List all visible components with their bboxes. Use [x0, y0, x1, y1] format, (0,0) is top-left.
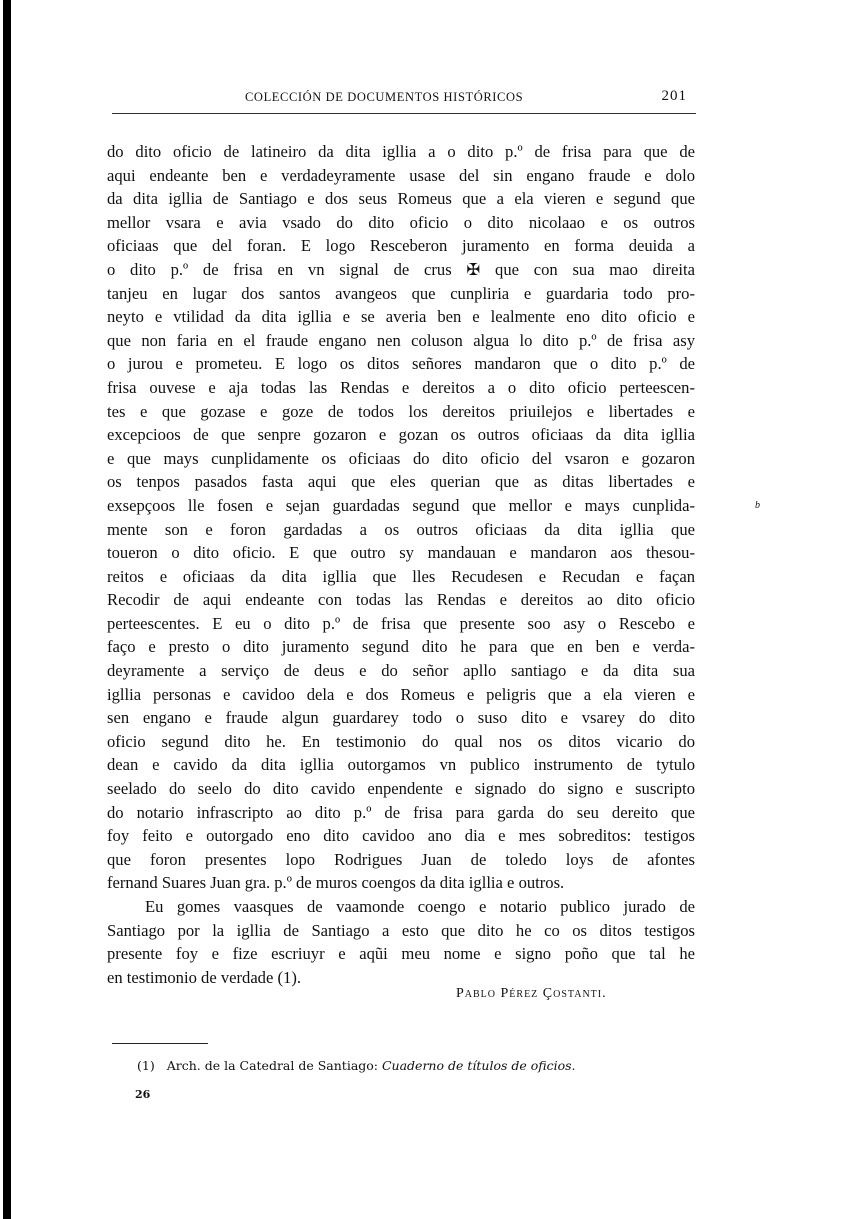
body-text: do dito oficio de latineiro da dita igll… [107, 140, 695, 989]
text-line: excepcioos de que senpre gozaron e gozan… [107, 423, 695, 447]
footnote-mark: (1) [137, 1058, 155, 1073]
scan-left-edge-band [3, 0, 11, 1219]
text-line: frisa ouvese e aja todas las Rendas e de… [107, 376, 695, 400]
text-line: e que mays cunplidamente os oficiaas do … [107, 447, 695, 471]
running-title: Colección de documentos históricos [245, 90, 523, 105]
text-line: perteescentes. E eu o dito p.º de frisa … [107, 612, 695, 636]
text-line: exsepçoos lle fosen e sejan guardadas se… [107, 494, 695, 518]
text-line: Recodir de aqui endeante con todas las R… [107, 588, 695, 612]
footnote-rule [112, 1043, 208, 1044]
footnote-title: Cuaderno de títulos de oficios. [382, 1058, 576, 1073]
text-line: Santiago por la igllia de Santiago a est… [107, 919, 695, 943]
text-line: tes e que gozase e goze de todos los der… [107, 400, 695, 424]
text-line: tanjeu en lugar dos santos avangeos que … [107, 282, 695, 306]
text-line: os tenpos pasados fasta aqui que eles qu… [107, 470, 695, 494]
text-line: aqui endeante ben e verdadeyramente usas… [107, 164, 695, 188]
text-line: que foron presentes lopo Rodrigues Juan … [107, 848, 695, 872]
text-line: en testimonio de verdade (1). [107, 966, 695, 990]
text-line-paragraph-start: Eu gomes vaasques de vaamonde coengo e n… [107, 895, 695, 919]
text-line: oficio segund dito he. En testimonio do … [107, 730, 695, 754]
text-line: seelado do seelo do dito cavido enpenden… [107, 777, 695, 801]
text-line: do dito oficio de latineiro da dita igll… [107, 140, 695, 164]
printer-signature-mark: 26 [135, 1088, 150, 1101]
text-line: deyramente a serviço de deus e do señor … [107, 659, 695, 683]
footnote: (1)Arch. de la Catedral de Santiago: Cua… [137, 1058, 576, 1073]
text-line: toueron o dito oficio. E que outro sy ma… [107, 541, 695, 565]
stray-scan-mark: b [755, 500, 760, 511]
text-line: faço e presto o dito juramento segund di… [107, 635, 695, 659]
text-line: reitos e oficiaas da dita igllia que lle… [107, 565, 695, 589]
page-number: 201 [662, 88, 688, 105]
text-line: presente foy e fize escriuyr e aqũi meu … [107, 942, 695, 966]
text-line: mellor vsara e avia vsado do dito oficio… [107, 211, 695, 235]
author-signature: Pablo Pérez Çostanti. [456, 986, 607, 1002]
text-line: sen engano e fraude algun guardarey todo… [107, 706, 695, 730]
text-line: fernand Suares Juan gra. p.º de muros co… [107, 871, 695, 895]
text-line: neyto e vtilidad da dita igllia e se ave… [107, 305, 695, 329]
text-line: o jurou e prometeu. E logo os ditos seño… [107, 352, 695, 376]
text-line: da dita igllia de Santiago e dos seus Ro… [107, 187, 695, 211]
text-line: igllia personas e cavidoo dela e dos Rom… [107, 683, 695, 707]
text-line: do notario infrascripto ao dito p.º de f… [107, 801, 695, 825]
footnote-source: Arch. de la Catedral de Santiago: [167, 1058, 382, 1073]
page-header: Colección de documentos históricos 201 [107, 88, 697, 110]
text-line: foy feito e outorgado eno dito cavidoo a… [107, 824, 695, 848]
text-line: que non faria en el fraude engano nen co… [107, 329, 695, 353]
text-line: o dito p.º de frisa en vn signal de crus… [107, 258, 695, 282]
text-line: dean e cavido da dita igllia outorgamos … [107, 753, 695, 777]
header-rule [112, 113, 696, 114]
text-line: oficiaas que del foran. E logo Rescebero… [107, 234, 695, 258]
text-line: mente son e foron gardadas a os outros o… [107, 518, 695, 542]
